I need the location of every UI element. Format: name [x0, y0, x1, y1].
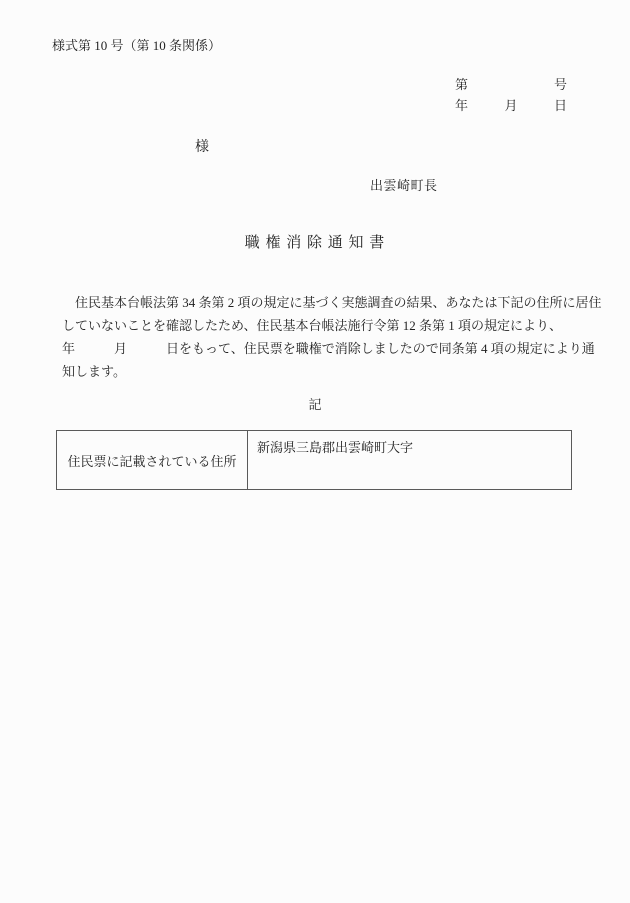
addressee-honorific: 様 [195, 136, 209, 156]
document-title: 職 権 消 除 通 知 書 [0, 231, 630, 252]
body-line-4: 知します。 [62, 360, 574, 383]
form-number: 様式第 10 号（第 10 条関係） [52, 35, 221, 54]
body-line-2: していないことを確認したため、住民基本台帳法施行令第 12 条第 1 項の規定に… [62, 314, 574, 337]
address-table: 住民票に記載されている住所 新潟県三島郡出雲崎町大字 [56, 430, 572, 490]
date-year-label: 年 [455, 95, 468, 114]
doc-number-row: 第 号 [455, 74, 567, 93]
address-value-cell: 新潟県三島郡出雲崎町大字 [248, 431, 571, 489]
date-day-label: 日 [554, 95, 567, 114]
document-page: 様式第 10 号（第 10 条関係） 第 号 年 月 日 様 出雲崎町長 職 権… [0, 0, 630, 903]
date-row: 年 月 日 [455, 95, 567, 114]
body-paragraph: 住民基本台帳法第 34 条第 2 項の規定に基づく実態調査の結果、あなたは下記の… [62, 291, 574, 383]
sender-title: 出雲崎町長 [370, 175, 438, 194]
address-label-cell: 住民票に記載されている住所 [57, 431, 248, 489]
body-line-1: 住民基本台帳法第 34 条第 2 項の規定に基づく実態調査の結果、あなたは下記の… [62, 291, 574, 314]
record-marker: 記 [0, 394, 630, 413]
body-line-3: 年 月 日をもって、住民票を職権で消除しましたので同条第 4 項の規定により通 [62, 337, 574, 360]
date-month-label: 月 [504, 95, 517, 114]
doc-number-suffix-label: 号 [554, 74, 567, 93]
doc-number-prefix-label: 第 [455, 74, 468, 93]
